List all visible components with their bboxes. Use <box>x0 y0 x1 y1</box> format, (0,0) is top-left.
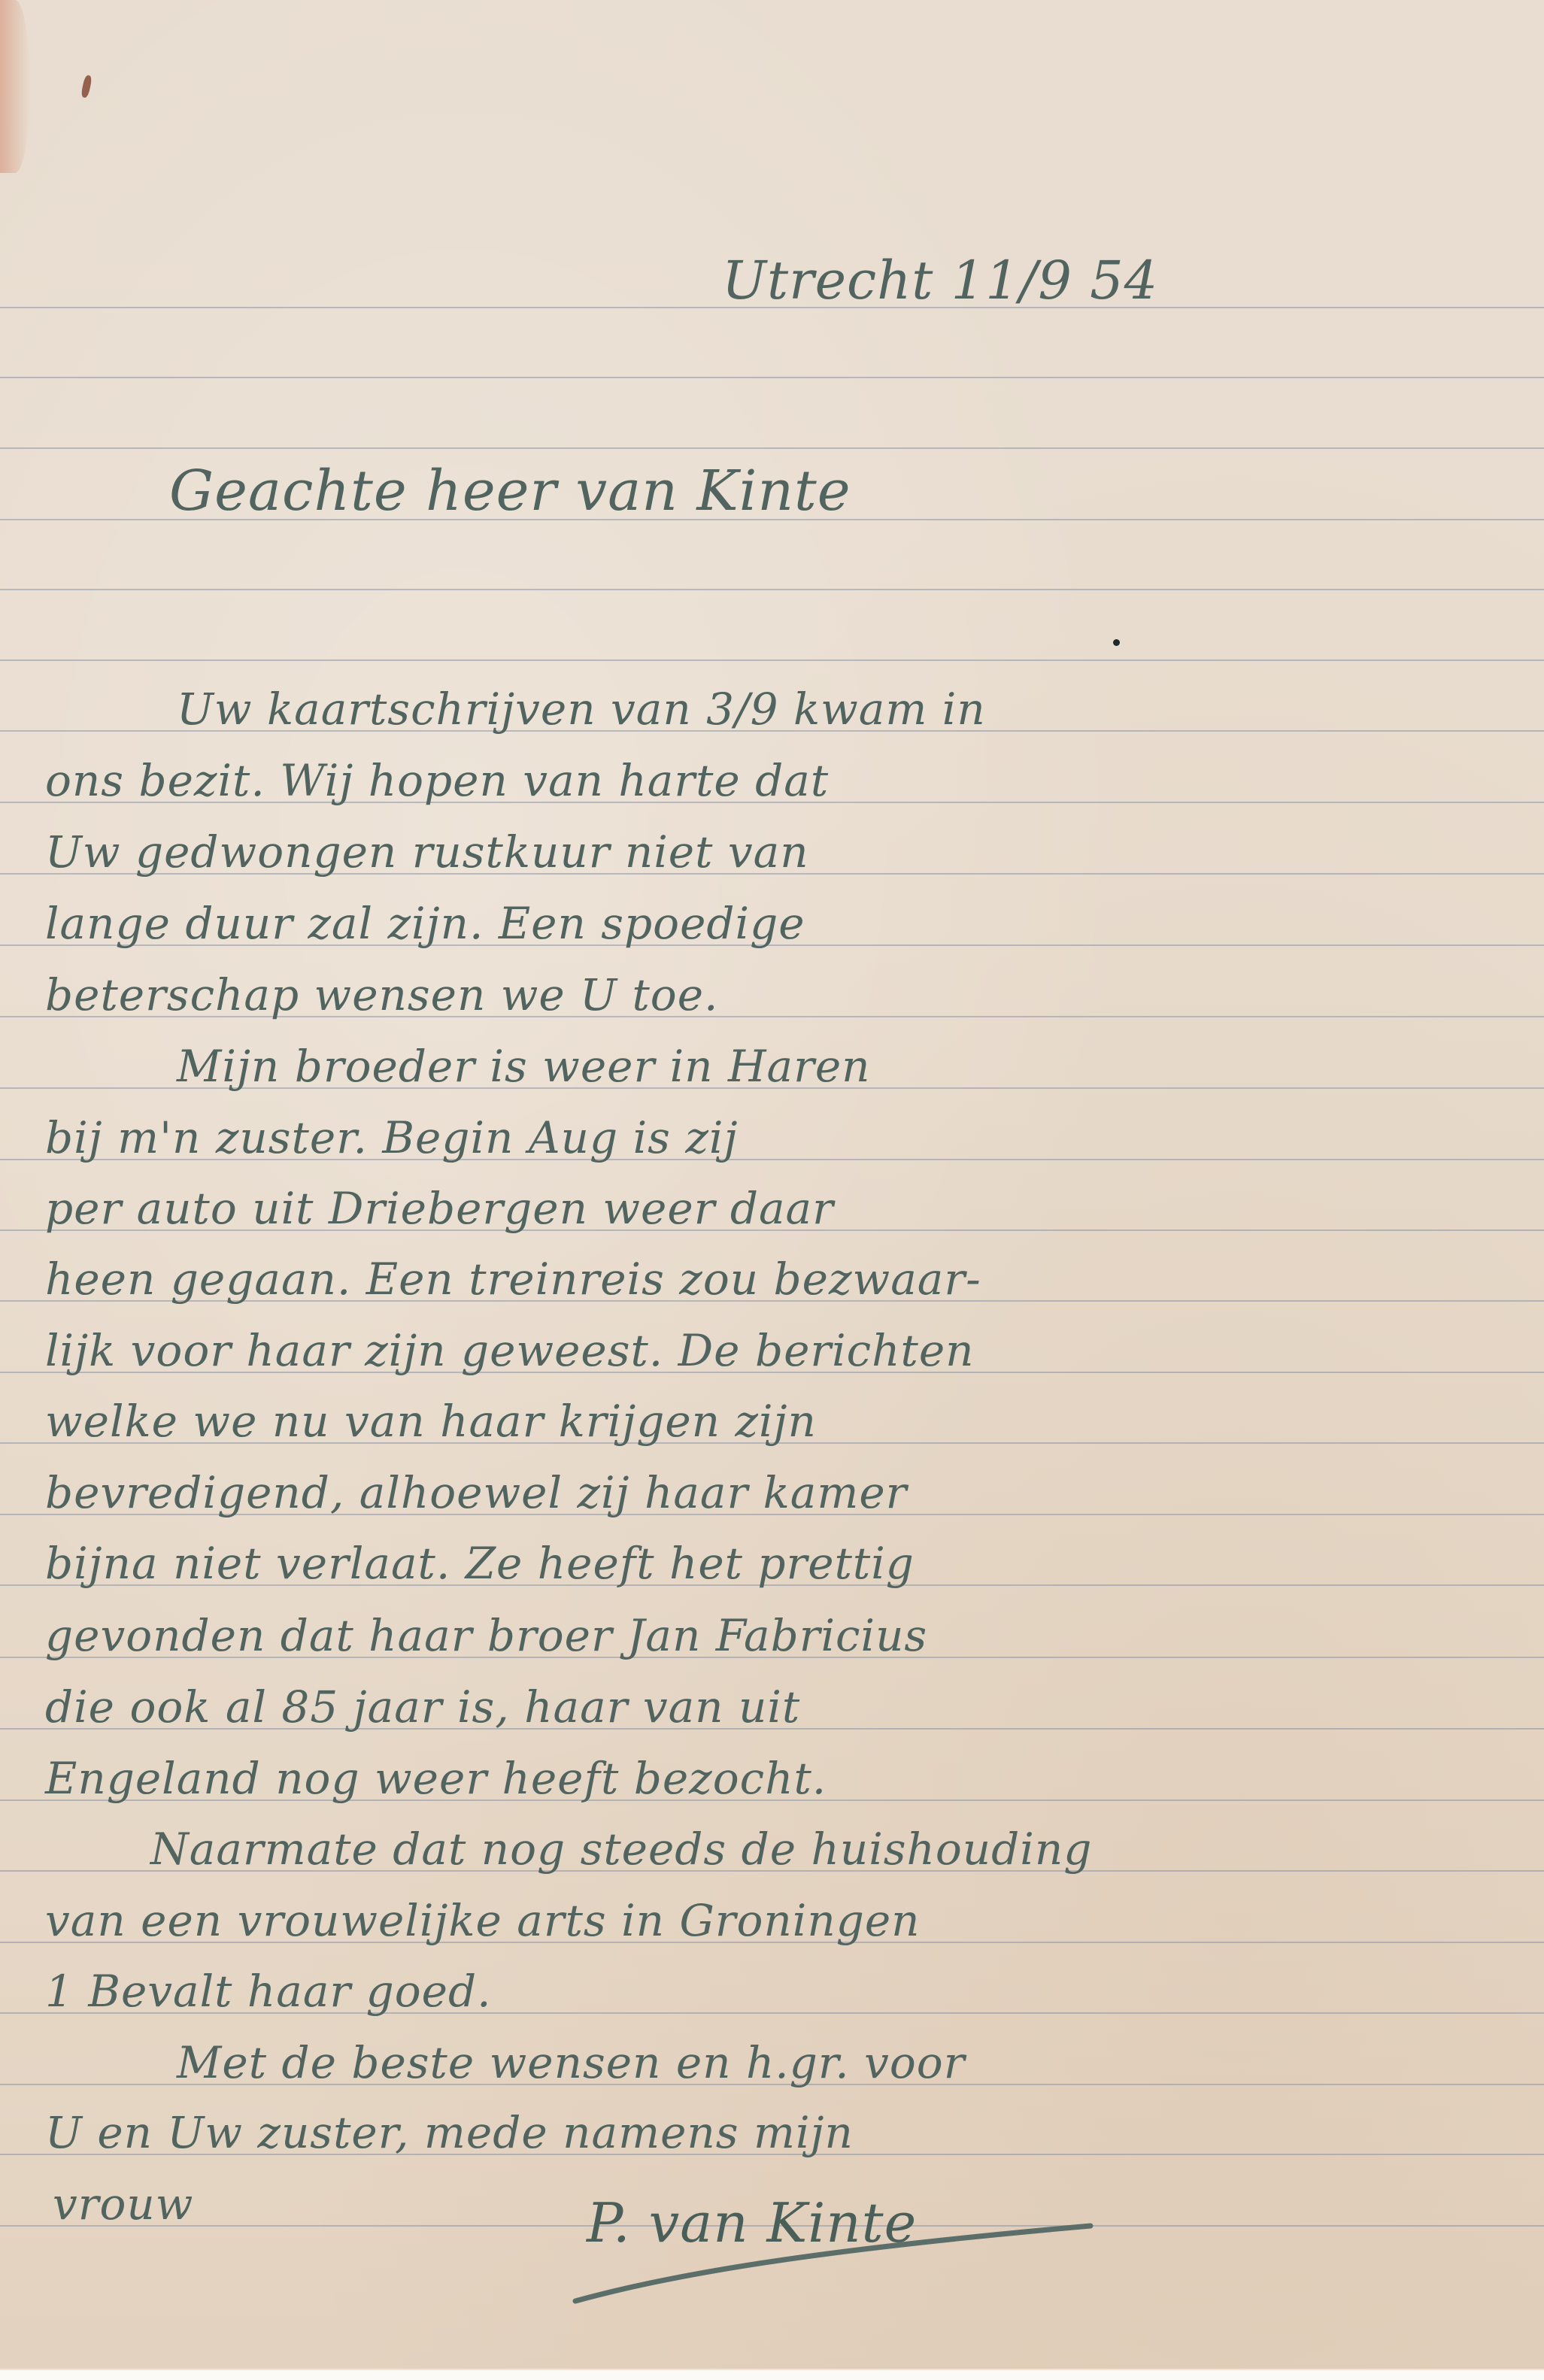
closing-line: U en Uw zuster, mede namens mijn <box>45 2111 854 2154</box>
body-line: van een vrouwelijke arts in Groningen <box>45 1899 921 1942</box>
body-line: per auto uit Driebergen weer daar <box>45 1187 834 1230</box>
place-date: Utrecht 11/9 54 <box>722 254 1158 307</box>
body-line: ons bezit. Wij hopen van harte dat <box>45 759 829 802</box>
ink-dot <box>1113 639 1120 646</box>
body-line: Uw kaartschrijven van 3/9 kwam in <box>177 687 986 731</box>
body-line: lange duur zal zijn. Een spoedige <box>45 902 805 945</box>
body-line: bevredigend, alhoewel zij haar kamer <box>45 1471 907 1514</box>
signature-underline-icon <box>572 2218 1098 2309</box>
body-line: Naarmate dat nog steeds de huishouding <box>150 1827 1092 1871</box>
ruled-line <box>0 377 1544 378</box>
closing-line: vrouw <box>53 2182 193 2226</box>
body-line: die ook al 85 jaar is, haar van uit <box>45 1685 800 1729</box>
body-line: bij m'n zuster. Begin Aug is zij <box>45 1116 738 1160</box>
rust-stain <box>0 0 30 173</box>
body-line: gevonden dat haar broer Jan Fabricius <box>45 1614 927 1657</box>
body-line: Engeland nog weer heeft bezocht. <box>45 1757 827 1800</box>
body-line: beterschap wensen we U toe. <box>45 973 718 1017</box>
ink-spot <box>80 74 93 98</box>
ruled-line <box>0 589 1544 590</box>
ruled-line <box>0 659 1544 661</box>
body-line: bijna niet verlaat. Ze heeft het prettig <box>45 1542 915 1585</box>
ruled-line <box>0 447 1544 449</box>
body-line: lijk voor haar zijn geweest. De berichte… <box>45 1329 975 1372</box>
closing-line: Met de beste wensen en h.gr. voor <box>177 2041 965 2084</box>
salutation: Geachte heer van Kinte <box>169 463 851 519</box>
letter-paper: Utrecht 11/9 54 Geachte heer van Kinte U… <box>0 0 1544 2370</box>
body-line: Mijn broeder is weer in Haren <box>177 1044 871 1088</box>
body-line: 1 Bevalt haar goed. <box>45 1969 492 2013</box>
paper-bottom-edge <box>0 2369 1544 2380</box>
body-line: welke we nu van haar krijgen zijn <box>45 1399 817 1443</box>
body-line: heen gegaan. Een treinreis zou bezwaar- <box>45 1257 981 1301</box>
body-line: Uw gedwongen rustkuur niet van <box>45 830 809 874</box>
